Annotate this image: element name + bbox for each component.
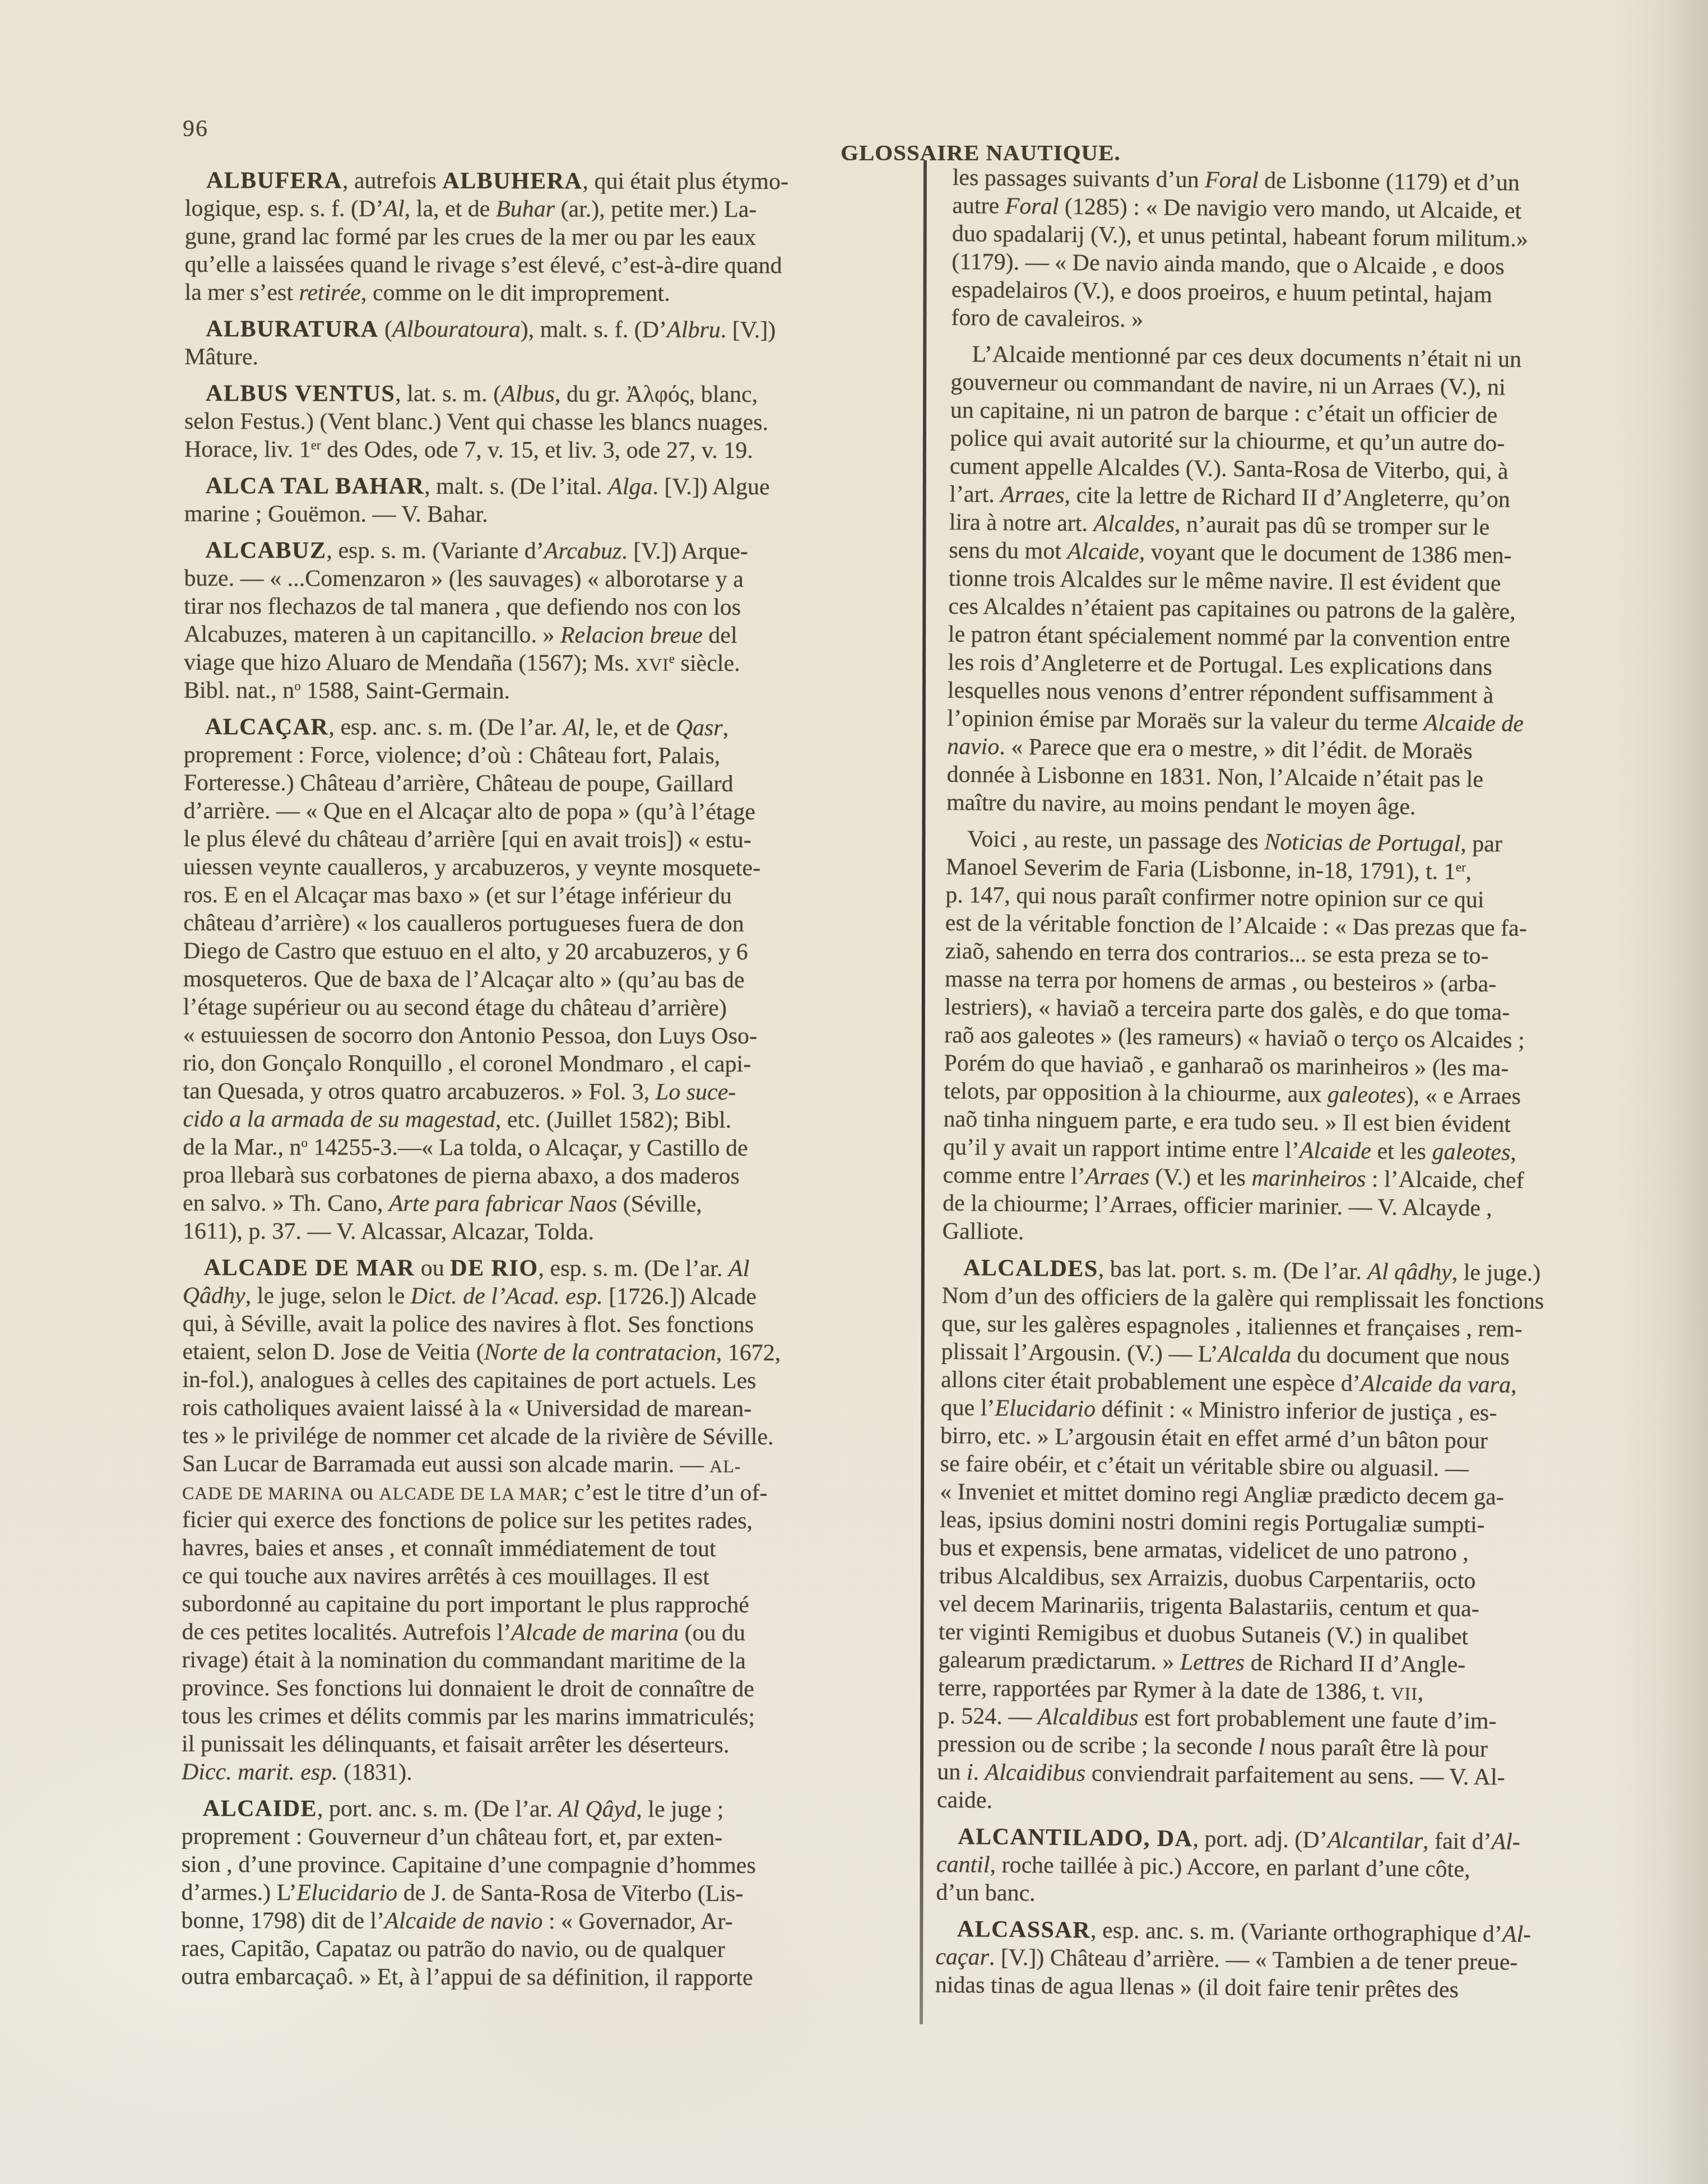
text-line: château d’arrière) « los caualleros port… <box>183 909 911 939</box>
glossary-entry: ALCAÇAR, esp. anc. s. m. (De l’ar. Al, l… <box>183 713 911 1247</box>
text-line: il punissait les délinquants, et faisait… <box>182 1730 909 1760</box>
glossary-entry: ALCAIDE, port. anc. s. m. (De l’ar. Al Q… <box>181 1795 909 1992</box>
text-line: in-fol.), analogues à celles des capitai… <box>182 1366 909 1395</box>
text-line: de la Mar., no 14255-3.—« La tolda, o Al… <box>183 1133 910 1163</box>
text-line: Alcabuzes, materen à un capitancillo. » … <box>184 620 911 650</box>
text-line: gune, grand lac formé par les crues de l… <box>185 222 912 252</box>
text-line: Forteresse.) Château d’arrière, Château … <box>184 769 911 799</box>
text-line: uiessen veynte caualleros, y arcabuzeros… <box>183 853 911 883</box>
right-column: les passages suivants d’un Foral de Lisb… <box>935 164 1674 2006</box>
text-line: Mâture. <box>184 343 912 373</box>
text-line: cido a la armada de su magestad, etc. (J… <box>183 1105 910 1135</box>
text-line: l’étage supérieur ou au second étage du … <box>183 993 911 1023</box>
text-line: rivage) était à la nomination du command… <box>182 1646 909 1676</box>
text-line: ALCA TAL BAHAR, malt. s. (De l’ital. Alg… <box>184 472 912 502</box>
text-line: Diego de Castro que estuuo en el alto, y… <box>183 937 911 967</box>
text-line: logique, esp. s. f. (D’Al, la, et de Buh… <box>185 194 912 224</box>
glossary-entry: les passages suivants d’un Foral de Lisb… <box>951 164 1674 339</box>
text-line: ce qui touche aux navires arrêtés à ces … <box>182 1562 909 1592</box>
text-line: la mer s’est retirée, comme on le dit im… <box>184 279 912 308</box>
text-line: ALBUFERA, autrefois ALBUHERA, qui était … <box>185 166 912 196</box>
text-line: raes, Capitão, Capataz ou patrão do navi… <box>181 1935 908 1964</box>
text-line: etaient, selon D. Jose de Veitia (Norte … <box>183 1338 910 1367</box>
text-line: d’arrière. — « Que en el Alcaçar alto de… <box>184 797 911 827</box>
glossary-entry: ALBUFERA, autrefois ALBUHERA, qui était … <box>184 166 912 308</box>
glossary-entry: L’Alcaide mentionné par ces deux documen… <box>946 340 1673 823</box>
glossary-entry: ALCADE DE MAR ou DE RIO, esp. s. m. (De … <box>182 1254 910 1788</box>
glossary-entry: ALBUS VENTUS, lat. s. m. (Albus, du gr. … <box>184 379 912 465</box>
text-line: Qâdhy, le juge, selon le Dict. de l’Acad… <box>183 1282 910 1311</box>
text-line: le plus élevé du château d’arrière [qui … <box>183 825 911 855</box>
text-line: tous les crimes et délits commis par les… <box>182 1702 909 1732</box>
glossary-entry: Voici , au reste, un passage des Noticia… <box>942 825 1668 1252</box>
text-line: ALCABUZ, esp. s. m. (Variante d’Arcabuz.… <box>184 536 912 566</box>
scanned-book-page: { "page": { "number": "96", "header": "G… <box>0 0 1708 2184</box>
page-number: 96 <box>183 115 208 142</box>
text-line: ALCAÇAR, esp. anc. s. m. (De l’ar. Al, l… <box>184 713 911 743</box>
text-line: havres, baies et anses , et connaît immé… <box>182 1534 909 1564</box>
glossary-entry: ALCANTILADO, DA, port. adj. (D’Alcantila… <box>936 1823 1658 1913</box>
glossary-entry: ALBURATURA (Albouratoura), malt. s. f. (… <box>184 315 912 373</box>
text-line: bonne, 1798) dit de l’Alcaide de navio :… <box>181 1907 908 1936</box>
text-line: rois catholiques avaient laissé à la « U… <box>182 1394 909 1423</box>
glossary-entry: ALCASSAR, esp. anc. s. m. (Variante orth… <box>935 1915 1658 2006</box>
text-line: ALBURATURA (Albouratoura), malt. s. f. (… <box>184 315 912 345</box>
text-line: 1611), p. 37. — V. Alcassar, Alcazar, To… <box>183 1217 910 1247</box>
text-line: qu’elle a laissées quand le rivage s’est… <box>185 251 912 280</box>
text-line: proa llebarà sus corbatones de pierna ab… <box>183 1161 910 1191</box>
text-line: CADE DE MARINA ou ALCADE DE LA MAR; c’es… <box>182 1478 909 1508</box>
running-header: GLOSSAIRE NAUTIQUE. <box>841 139 1121 166</box>
column-divider-rule <box>920 160 927 2024</box>
text-line: de ces petites localités. Autrefois l’Al… <box>182 1618 909 1648</box>
text-line: tes » le privilége de nommer cet alcade … <box>182 1422 909 1452</box>
text-line: subordonné au capitaine du port importan… <box>182 1590 909 1620</box>
glossary-entry: ALCABUZ, esp. s. m. (Variante d’Arcabuz.… <box>184 536 912 706</box>
text-line: sion , d’une province. Capitaine d’une c… <box>182 1851 909 1880</box>
text-line: rio, don Gonçalo Ronquillo , el coronel … <box>183 1049 911 1079</box>
text-line: ficier qui exerce des fonctions de polic… <box>182 1506 909 1536</box>
text-line: San Lucar de Barramada eut aussi son alc… <box>182 1450 909 1480</box>
left-column: ALBUFERA, autrefois ALBUHERA, qui était … <box>181 166 912 1992</box>
text-line: ros. E en el Alcaçar mas baxo » (et sur … <box>183 881 911 911</box>
text-line: tirar nos flechazos de tal manera , que … <box>184 592 911 622</box>
glossary-entry: ALCA TAL BAHAR, malt. s. (De l’ital. Alg… <box>184 472 912 530</box>
text-line: selon Festus.) (Vent blanc.) Vent qui ch… <box>184 407 912 437</box>
text-line: marine ; Gouëmon. — V. Bahar. <box>184 500 912 530</box>
text-line: ALCADE DE MAR ou DE RIO, esp. s. m. (De … <box>183 1254 910 1283</box>
text-line: proprement : Force, violence; d’où : Châ… <box>184 741 911 771</box>
text-line: outra embarcaçaô. » Et, à l’appui de sa … <box>181 1963 908 1992</box>
text-line: Horace, liv. 1er des Odes, ode 7, v. 15,… <box>184 435 912 465</box>
text-line: proprement : Gouverneur d’un château for… <box>182 1823 909 1852</box>
text-line: tan Quesada, y otros quatro arcabuzeros.… <box>183 1077 910 1107</box>
text-line: ALBUS VENTUS, lat. s. m. (Albus, du gr. … <box>184 379 912 409</box>
text-line: ALCAIDE, port. anc. s. m. (De l’ar. Al Q… <box>182 1795 909 1824</box>
glossary-entry: ALCALDES, bas lat. port. s. m. (De l’ar.… <box>937 1254 1664 1821</box>
text-line: en salvo. » Th. Cano, Arte para fabricar… <box>183 1189 910 1219</box>
text-line: « estuuiessen de socorro don Antonio Pes… <box>183 1021 911 1051</box>
text-line: d’armes.) L’Elucidario de J. de Santa-Ro… <box>181 1879 908 1908</box>
text-line: province. Ses fonctions lui donnaient le… <box>182 1674 909 1704</box>
text-line: Dicc. marit. esp. (1831). <box>182 1758 909 1788</box>
text-line: Bibl. nat., no 1588, Saint-Germain. <box>184 676 911 706</box>
text-line: mosqueteros. Que de baxa de l’Alcaçar al… <box>183 965 911 995</box>
text-line: qui, à Séville, avait la police des navi… <box>183 1310 910 1339</box>
text-line: buze. — « ...Comenzaron » (les sauvages)… <box>184 564 911 594</box>
text-line: viage que hizo Aluaro de Mendaña (1567);… <box>184 648 911 678</box>
